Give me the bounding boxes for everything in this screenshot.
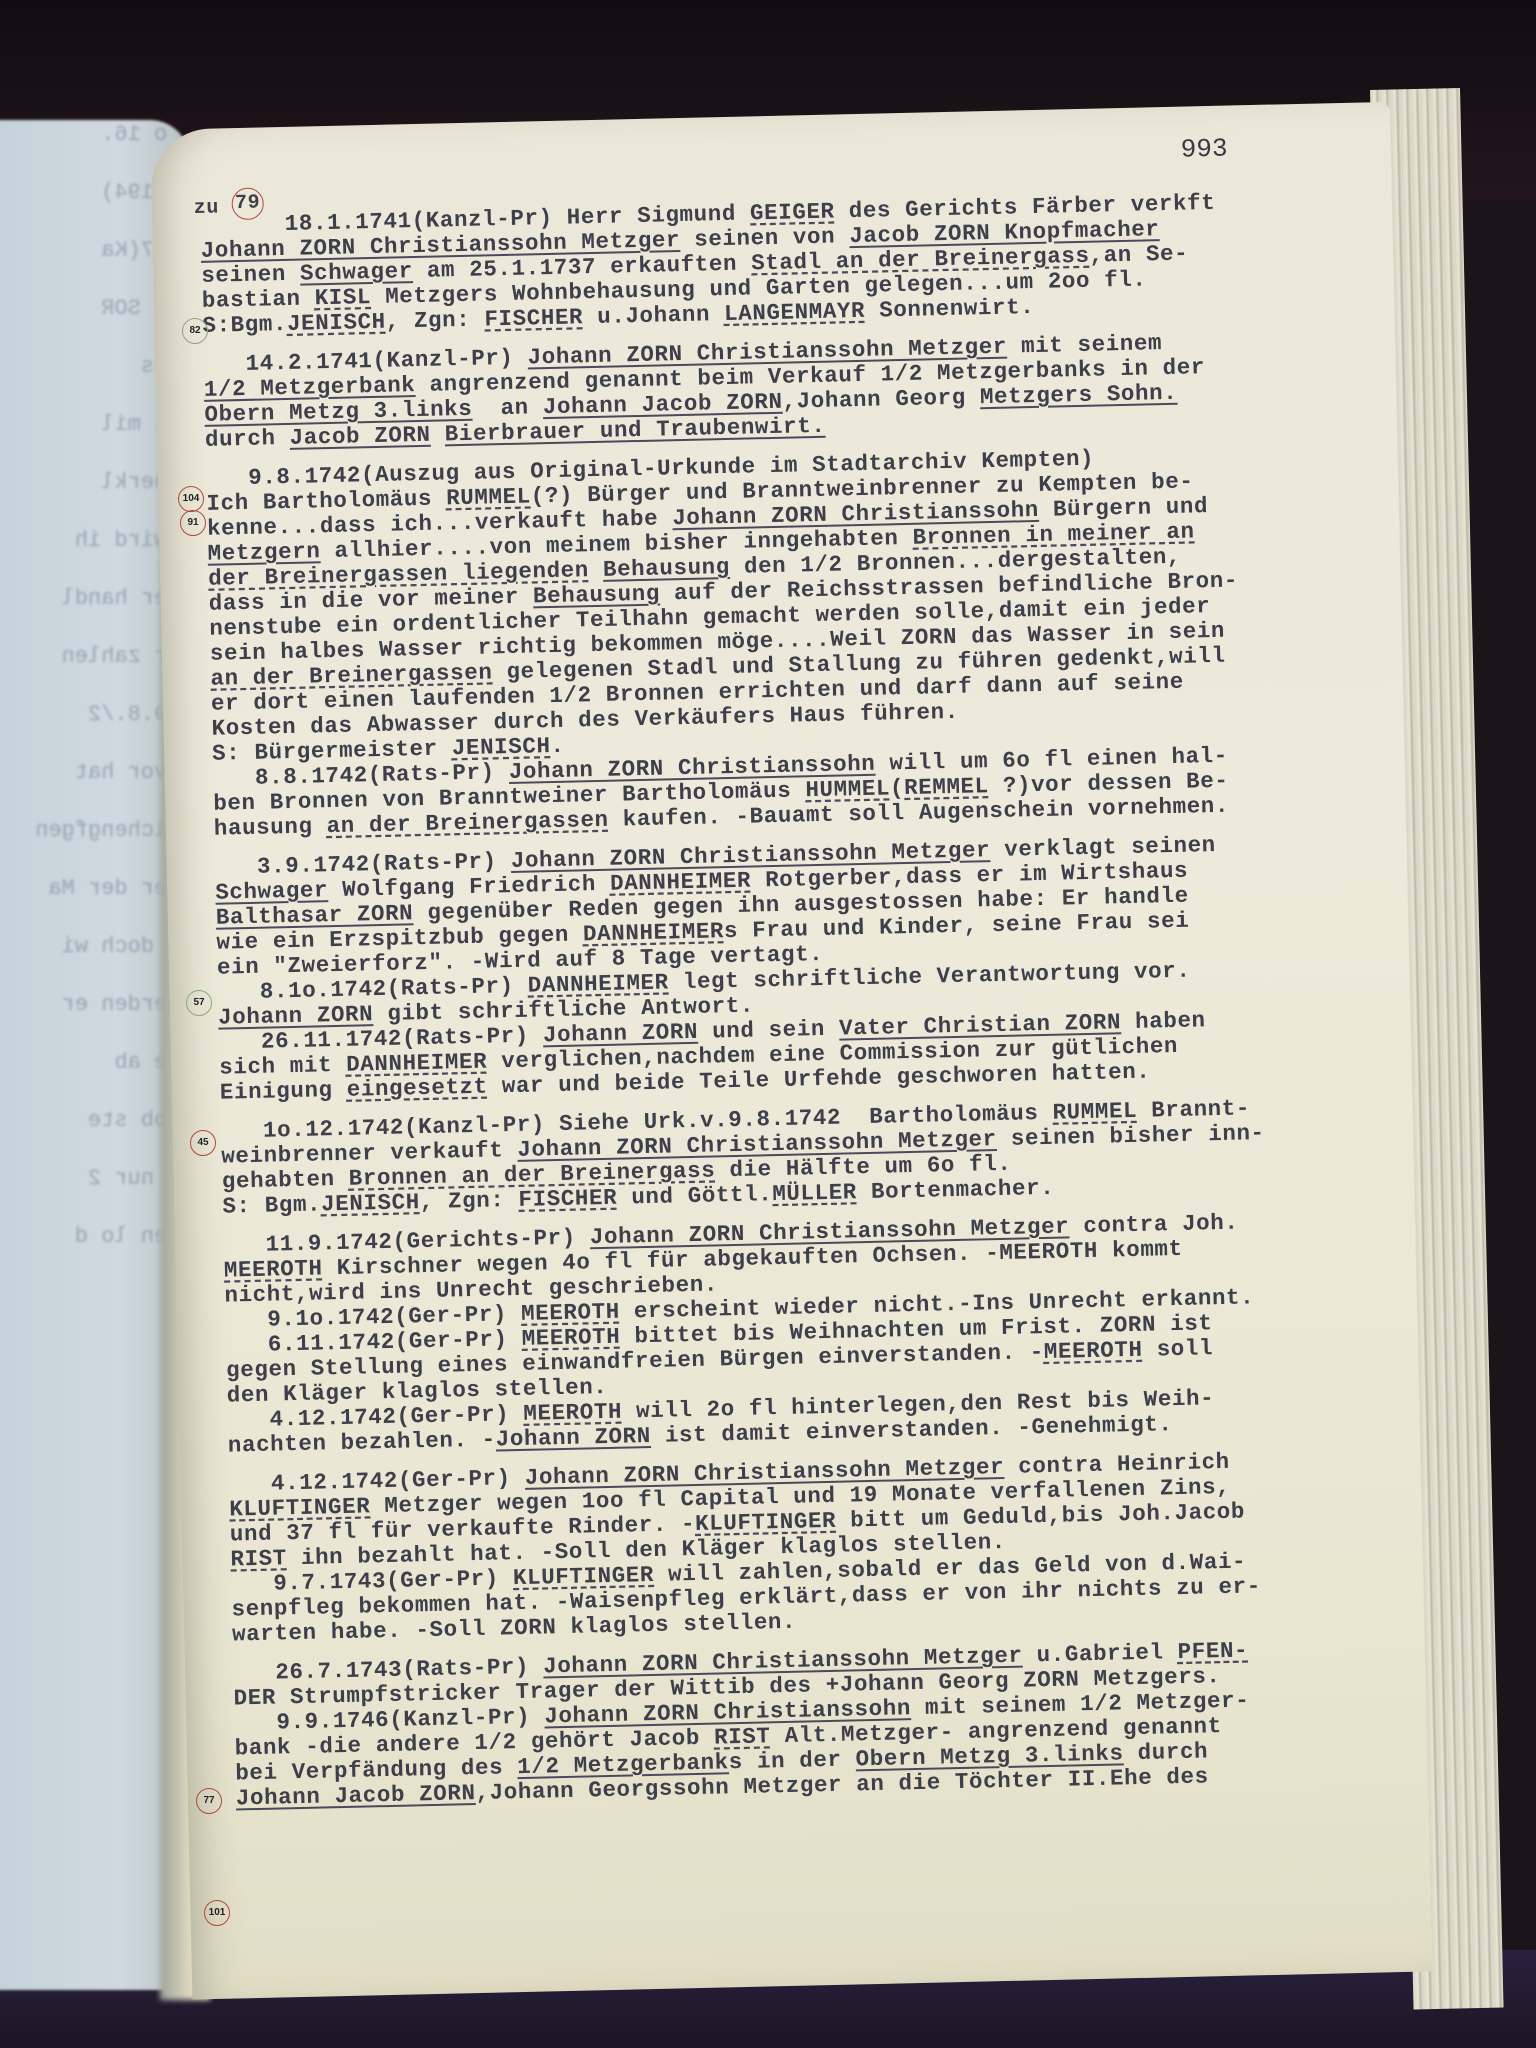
- document-page: 993 zu 79 18.1.1741(Kanzl-Pr) Herr Sigmu…: [150, 102, 1432, 2000]
- margin-note-82: 82: [182, 318, 208, 344]
- entry: 4.12.1742(Ger-Pr) Johann ZORN Christians…: [228, 1445, 1412, 1647]
- margin-note-45: 45: [190, 1130, 216, 1156]
- margin-note-101: 101: [204, 1900, 230, 1926]
- entry: 11.9.1742(Gerichts-Pr) Johann ZORN Chris…: [223, 1206, 1408, 1458]
- margin-note-104: 104: [178, 486, 204, 512]
- entry: 9.8.1742(Auszug aus Original-Urkunde im …: [206, 439, 1394, 841]
- margin-note-77: 77: [196, 1788, 222, 1814]
- entry: 3.9.1742(Rats-Pr) Johann ZORN Christians…: [214, 828, 1399, 1105]
- page-number: 993: [1180, 134, 1227, 165]
- document-body: zu 79 18.1.1741(Kanzl-Pr) Herr Sigmund G…: [199, 164, 1415, 1810]
- margin-note-57: 57: [186, 990, 212, 1016]
- margin-note-91: 91: [180, 510, 206, 536]
- entry: 18.1.1741(Kanzl-Pr) Herr Sigmund GEIGER …: [200, 186, 1383, 338]
- entry: 26.7.1743(Rats-Pr) Johann ZORN Christian…: [233, 1634, 1416, 1811]
- entries-container: 18.1.1741(Kanzl-Pr) Herr Sigmund GEIGER …: [200, 186, 1416, 1810]
